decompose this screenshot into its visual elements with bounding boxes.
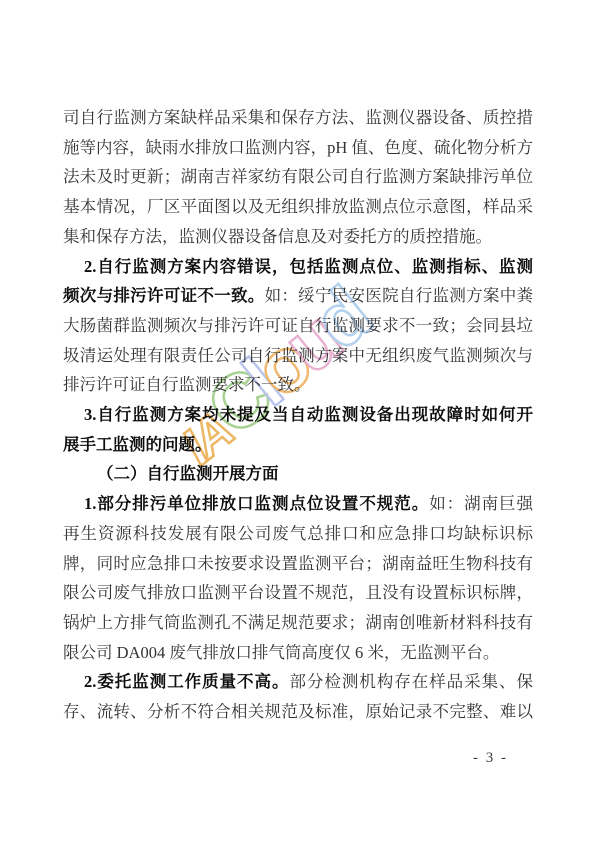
text-line: 锅炉上方排气筒监测孔不满足规范要求；湖南创唯新材料科技有 bbox=[63, 608, 533, 638]
text-segment: 圾清运处理有限责任公司自行监测方案中无组织废气监测频次与 bbox=[63, 346, 533, 365]
text-line: 1.部分排污单位排放口监测点位设置不规范。如：湖南巨强 bbox=[63, 489, 533, 519]
text-line: 集和保存方法，监测仪器设备信息及对委托方的质控措施。 bbox=[63, 222, 533, 252]
text-segment: 限公司废气排放口监测平台设置不规范，且没有设置标识标牌， bbox=[63, 583, 533, 602]
text-line: 2.委托监测工作质量不高。部分检测机构存在样品采集、保 bbox=[63, 667, 533, 697]
text-segment: 如：湖南巨强 bbox=[429, 494, 533, 513]
text-segment: 施等内容，缺雨水排放口监测内容，pH 值、色度、硫化物分析方 bbox=[63, 138, 533, 157]
text-line: 大肠菌群监测频次与排污许可证自行监测要求不一致；会同县垃 bbox=[63, 311, 533, 341]
text-line: 排污许可证自行监测要求不一致。 bbox=[63, 370, 533, 400]
text-line: 展手工监测的问题。 bbox=[63, 430, 533, 460]
text-line: 圾清运处理有限责任公司自行监测方案中无组织废气监测频次与 bbox=[63, 341, 533, 371]
text-segment: 2.自行监测方案内容错误，包括监测点位、监测指标、监测 bbox=[84, 257, 533, 276]
text-segment: 3.自行监测方案均未提及当自动监测设备出现故障时如何开 bbox=[84, 405, 533, 424]
text-line: 3.自行监测方案均未提及当自动监测设备出现故障时如何开 bbox=[63, 400, 533, 430]
text-line: 基本情况，厂区平面图以及无组织排放监测点位示意图，样品采 bbox=[63, 192, 533, 222]
text-line: 频次与排污许可证不一致。如：绥宁民安医院自行监测方案中粪 bbox=[63, 281, 533, 311]
text-segment: 基本情况，厂区平面图以及无组织排放监测点位示意图，样品采 bbox=[63, 197, 533, 216]
page-number: - 3 - bbox=[473, 750, 508, 767]
document-page: IACloud 司自行监测方案缺样品采集和保存方法、监测仪器设备、质控措 施等内… bbox=[0, 0, 595, 841]
text-line: 存、流转、分析不符合相关规范及标准，原始记录不完整、难以 bbox=[63, 697, 533, 727]
text-segment: 存、流转、分析不符合相关规范及标准，原始记录不完整、难以 bbox=[63, 702, 533, 721]
text-segment: 部分检测机构存在样品采集、保 bbox=[289, 672, 533, 691]
text-line: 限公司 DA004 废气排放口排气筒高度仅 6 米，无监测平台。 bbox=[63, 638, 533, 668]
text-segment: 牌，同时应急排口未按要求设置监测平台；湖南益旺生物科技有 bbox=[63, 554, 533, 573]
text-segment: 频次与排污许可证不一致。 bbox=[63, 286, 265, 305]
text-segment: 法未及时更新；湖南吉祥家纺有限公司自行监测方案缺排污单位 bbox=[63, 167, 533, 186]
text-segment: 展手工监测的问题。 bbox=[63, 435, 212, 454]
text-segment: （二）自行监测开展方面 bbox=[97, 464, 279, 483]
text-segment: 1.部分排污单位排放口监测点位设置不规范。 bbox=[84, 494, 429, 513]
text-line: 2.自行监测方案内容错误，包括监测点位、监测指标、监测 bbox=[63, 252, 533, 282]
section-heading: （二）自行监测开展方面 bbox=[63, 459, 533, 489]
document-body: 司自行监测方案缺样品采集和保存方法、监测仪器设备、质控措 施等内容，缺雨水排放口… bbox=[63, 103, 533, 727]
text-line: 司自行监测方案缺样品采集和保存方法、监测仪器设备、质控措 bbox=[63, 103, 533, 133]
text-line: 再生资源科技发展有限公司废气总排口和应急排口均缺标识标 bbox=[63, 519, 533, 549]
text-line: 法未及时更新；湖南吉祥家纺有限公司自行监测方案缺排污单位 bbox=[63, 162, 533, 192]
text-line: 施等内容，缺雨水排放口监测内容，pH 值、色度、硫化物分析方 bbox=[63, 133, 533, 163]
text-line: 限公司废气排放口监测平台设置不规范，且没有设置标识标牌， bbox=[63, 578, 533, 608]
text-line: 牌，同时应急排口未按要求设置监测平台；湖南益旺生物科技有 bbox=[63, 549, 533, 579]
text-segment: 司自行监测方案缺样品采集和保存方法、监测仪器设备、质控措 bbox=[63, 108, 533, 127]
text-segment: 锅炉上方排气筒监测孔不满足规范要求；湖南创唯新材料科技有 bbox=[63, 613, 533, 632]
text-segment: 大肠菌群监测频次与排污许可证自行监测要求不一致；会同县垃 bbox=[63, 316, 533, 335]
text-segment: 再生资源科技发展有限公司废气总排口和应急排口均缺标识标 bbox=[63, 524, 533, 543]
text-segment: 2.委托监测工作质量不高。 bbox=[84, 672, 289, 691]
text-segment: 排污许可证自行监测要求不一致。 bbox=[63, 375, 311, 394]
text-segment: 限公司 DA004 废气排放口排气筒高度仅 6 米，无监测平台。 bbox=[63, 643, 499, 662]
text-segment: 如：绥宁民安医院自行监测方案中粪 bbox=[265, 286, 533, 305]
text-segment: 集和保存方法，监测仪器设备信息及对委托方的质控措施。 bbox=[63, 227, 492, 246]
